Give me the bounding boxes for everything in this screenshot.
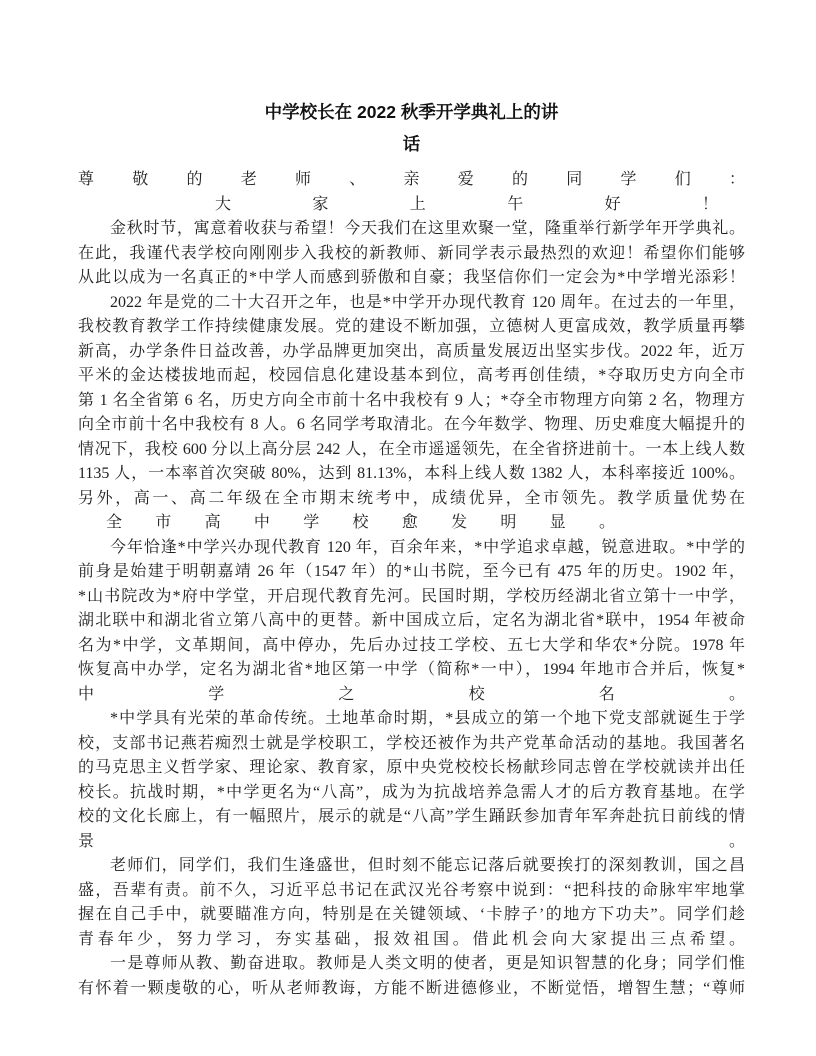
paragraph-line: 恢复高中办学，定名为湖北省*地区第一中学（简称*一中），1994 年地市合并后，… [78,658,745,683]
paragraph-line: 从此以成为一名真正的*中学人而感到骄傲和自豪；我坚信你们一定会为*中学增光添彩！ [78,266,745,291]
paragraph-line: 另外，高一、高二年级在全市期末统考中，成绩优异，全市领先。教学质量优势在 [78,487,745,512]
paragraph-line: 握在自己手中，就要瞄准方向，特别是在关键领域、‘卡脖子’的地方下功夫”。同学们趁 [78,903,745,928]
paragraph-line: 情况下，我校 600 分以上高分层 242 人，在全市遥遥领先，在全省挤进前十。… [78,438,745,463]
salutation-line: 尊敬的老师、亲爱的同学们： [78,168,745,193]
paragraph-line: 青春年少，努力学习，夯实基础，报效祖国。借此机会向大家提出三点希望。 [78,928,745,953]
paragraph-line: *山书院改为*府中学堂，开启现代教育先河。民国时期，学校历经湖北省立第十一中学， [78,585,745,610]
document-content: 中学校长在 2022 秋季开学典礼上的讲 话 尊敬的老师、亲爱的同学们： 大家上… [78,96,745,1001]
paragraph-4: *中学具有光荣的革命传统。土地革命时期，*县成立的第一个地下党支部就诞生于学 校… [78,707,745,854]
paragraph-line: 有怀着一颗虔敬的心，听从老师教诲，方能不断进德修业，不断觉悟，增智生慧；“尊师 [78,977,745,1002]
paragraph-line: 盛，吾辈有责。前不久，习近平总书记在武汉光谷考察中说到：“把科技的命脉牢牢地掌 [78,879,745,904]
paragraph-line: 今年恰逢*中学兴办现代教育 120 年，百余年来，*中学追求卓越，锐意进取。*中… [78,536,745,561]
document-page: 中学校长在 2022 秋季开学典礼上的讲 话 尊敬的老师、亲爱的同学们： 大家上… [0,0,816,1056]
paragraph-5: 老师们，同学们，我们生逢盛世，但时刻不能忘记落后就要挨打的深刻教训，国之昌 盛，… [78,854,745,952]
paragraph-2: 2022 年是党的二十大召开之年，也是*中学开办现代教育 120 周年。在过去的… [78,291,745,536]
paragraph-line: 名为*中学，文革期间，高中停办，先后办过技工学校、五七大学和华农*分院。1978… [78,634,745,659]
paragraph-line: 校长。抗战时期，*中学更名为“八高”，成为为抗战培养急需人才的后方教育基地。在学 [78,781,745,806]
paragraph-line: 湖北联中和湖北省立第八高中的更替。新中国成立后，定名为湖北省*联中，1954 年… [78,609,745,634]
title-line-2: 话 [78,128,745,160]
paragraph-line: 向全市前十名中我校有 8 人。6 名同学考取清北。在今年数学、物理、历史难度大幅… [78,413,745,438]
paragraph-line: 第 1 名全省第 6 名，历史方向全市前十名中我校有 9 人；*夺全市物理方向第… [78,389,745,414]
paragraph-line: 新高，办学条件日益改善，办学品牌更加突出，高质量发展迈出坚实步伐。2022 年，… [78,340,745,365]
greeting-line: 大家上午好！ [78,193,745,218]
paragraph-line: 在此，我谨代表学校向刚刚步入我校的新教师、新同学表示最热烈的欢迎！希望你们能够 [78,242,745,267]
paragraph-line: 金秋时节，寓意着收获与希望！今天我们在这里欢聚一堂，隆重举行新学年开学典礼。 [78,217,745,242]
paragraph-line: 全市高中学校愈发明显。 [78,511,745,536]
paragraph-line: 校，支部书记燕若痴烈士就是学校职工，学校还被作为共产党革命活动的基地。我国著名 [78,732,745,757]
paragraph-line: 的马克思主义哲学家、理论家、教育家，原中央党校校长杨献珍同志曾在学校就读并出任 [78,756,745,781]
title-line-1: 中学校长在 2022 秋季开学典礼上的讲 [78,96,745,128]
paragraph-line: 中学之校名。 [78,683,745,708]
paragraph-line: 平米的金达楼拔地而起，校园信息化建设基本到位，高考再创佳绩，*夺取历史方向全市 [78,364,745,389]
paragraph-line: 老师们，同学们，我们生逢盛世，但时刻不能忘记落后就要挨打的深刻教训，国之昌 [78,854,745,879]
paragraph-line: 2022 年是党的二十大召开之年，也是*中学开办现代教育 120 周年。在过去的… [78,291,745,316]
paragraph-line: 一是尊师从教、勤奋进取。教师是人类文明的使者，更是知识智慧的化身；同学们惟 [78,952,745,977]
paragraph-line: 景。 [78,830,745,855]
paragraph-line: *中学具有光荣的革命传统。土地革命时期，*县成立的第一个地下党支部就诞生于学 [78,707,745,732]
paragraph-1: 金秋时节，寓意着收获与希望！今天我们在这里欢聚一堂，隆重举行新学年开学典礼。 在… [78,217,745,291]
paragraph-line: 校的文化长廊上，有一幅照片，展示的就是“八高”学生踊跃参加青年军奔赴抗日前线的情 [78,805,745,830]
paragraph-line: 我校教育教学工作持续健康发展。党的建设不断加强，立德树人更富成效，教学质量再攀 [78,315,745,340]
paragraph-3: 今年恰逢*中学兴办现代教育 120 年，百余年来，*中学追求卓越，锐意进取。*中… [78,536,745,708]
document-title: 中学校长在 2022 秋季开学典礼上的讲 话 [78,96,745,160]
paragraph-6: 一是尊师从教、勤奋进取。教师是人类文明的使者，更是知识智慧的化身；同学们惟 有怀… [78,952,745,1001]
paragraph-line: 1135 人，一本率首次突破 80%，达到 81.13%，本科上线人数 1382… [78,462,745,487]
paragraph-line: 前身是始建于明朝嘉靖 26 年（1547 年）的*山书院，至今已有 475 年的… [78,560,745,585]
